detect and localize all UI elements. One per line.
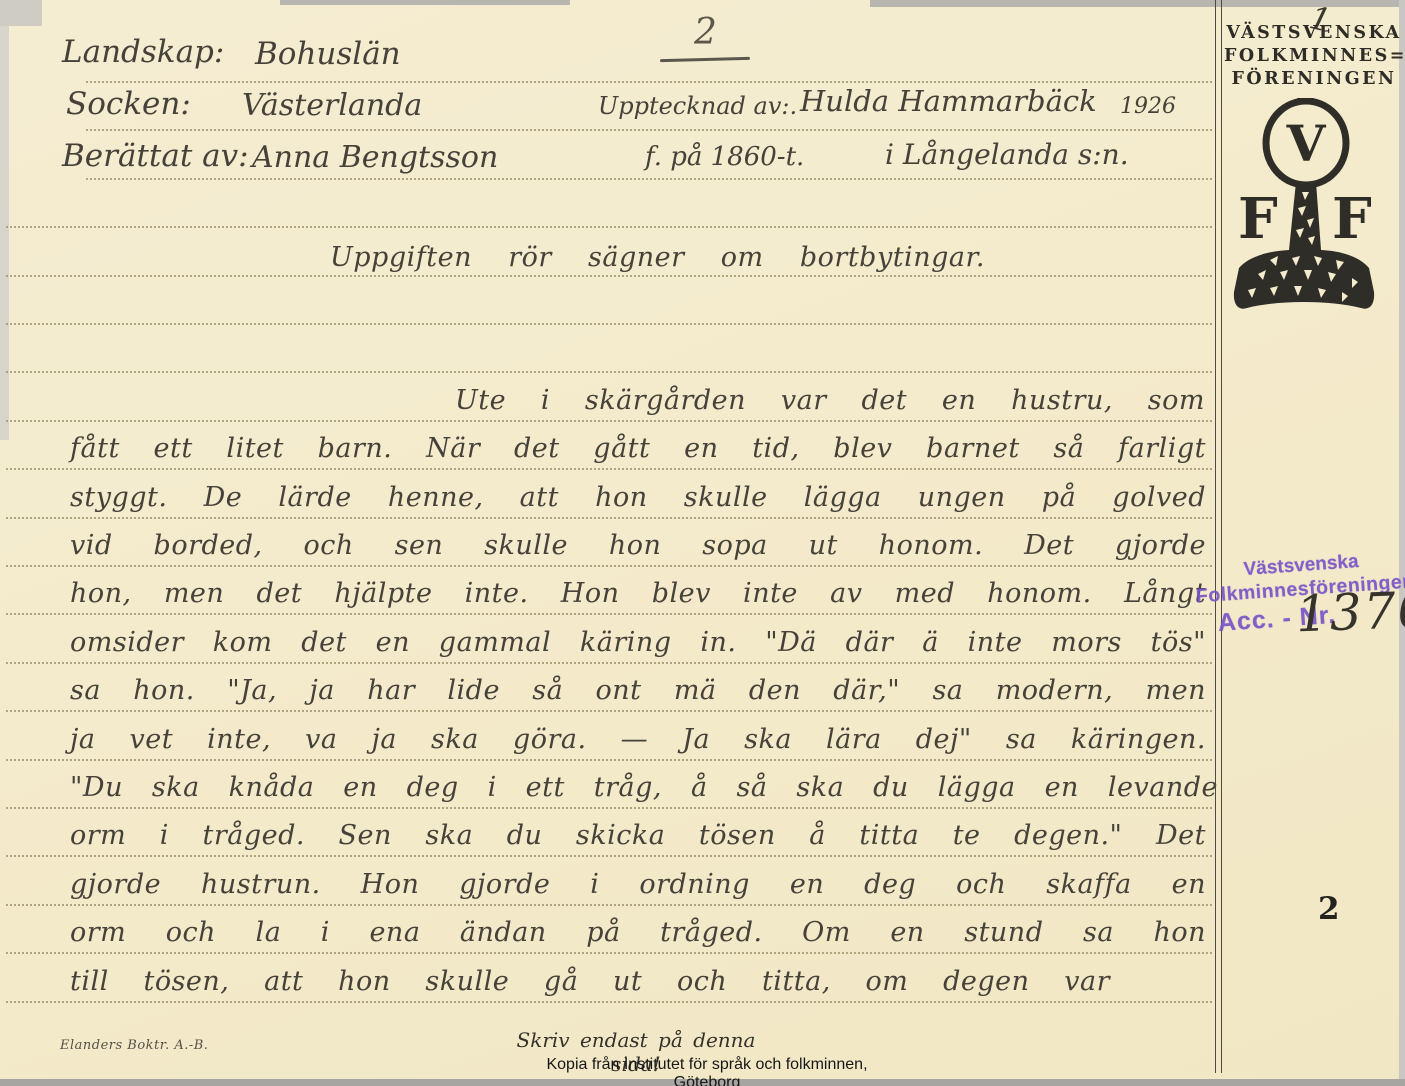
berattat-value: Anna Bengtsson [252,140,498,175]
logo-letter-f-right: F [1332,186,1372,252]
scan-edge-right [1399,0,1405,1086]
body-line: ja vet inte, va ja ska göra. — Ja ska lä… [70,719,1206,765]
archive-copy-caption: Kopia från Institutet för språk och folk… [512,1056,902,1086]
body-line: orm i tråged. Sen ska du skicka tösen å … [70,815,1206,861]
body-line: orm och la i ena ändan på tråged. Om en … [70,912,1206,958]
upptecknad-year: 1926 [1120,94,1176,119]
body-line: till tösen, att hon skulle gå ut och tit… [70,961,1110,1007]
body-line: Ute i skärgården var det en hustru, som [455,380,1205,426]
body-line: "Du ska knåda en deg i ett tråg, å så sk… [70,767,1218,813]
upptecknad-label: Upptecknad av:. [598,92,797,120]
berattat-label: Berättat av: [62,138,249,174]
logo-letter-f-left: F [1238,186,1278,252]
body-line: omsider kom det en gammal käring in. "Dä… [70,622,1206,668]
socken-label: Socken: [66,86,191,122]
accession-number-handwritten: 1370 [1295,581,1405,644]
body-line: styggt. De lärde henne, att hon skulle l… [70,477,1206,523]
body-line: fått ett litet barn. När det gått en tid… [70,428,1206,474]
printer-imprint: Elanders Boktr. A.-B. [60,1038,208,1053]
ruled-line [86,129,1212,131]
body-line: sa hon. "Ja, ja har lide så ont mä den d… [70,670,1206,716]
body-line: hon, men det hjälpte inte. Hon blev inte… [70,573,1206,619]
informant-born: f. på 1860-t. [645,142,804,172]
body-line: vid borded, och sen skulle hon sopa ut h… [70,525,1206,571]
scan-edge-left [0,0,9,440]
ruled-line [6,371,1212,373]
informant-parish: i Långelanda s:n. [885,138,1129,171]
page-number-underline [660,57,750,62]
upptecknad-value: Hulda Hammarbäck [800,84,1097,118]
document-page: 2 Landskap: Bohuslän Socken: Västerlanda… [0,0,1405,1086]
margin-page-number: 2 [1318,891,1340,927]
scan-edge-top-a [280,0,570,5]
landskap-value: Bohuslän [255,36,401,72]
organization-name-line3: FÖRENINGEN [1224,68,1404,91]
ruled-line [6,226,1212,228]
thors-hammer-logo: V F F [1230,98,1378,320]
record-title: Uppgiften rör sägner om bortbytingar. [330,237,985,283]
margin-divider-line [1215,0,1222,1073]
page-number-top: 2 [694,12,717,53]
organization-name-line1: VÄSTSVENSKA [1224,22,1404,45]
ruled-line [86,81,1212,83]
ruled-line [6,323,1212,325]
socken-value: Västerlanda [242,88,422,123]
ruled-line [86,178,1212,180]
landskap-label: Landskap: [62,34,224,70]
organization-name-line2: FOLKMINNES= [1224,45,1404,68]
scan-edge-top-left-corner [0,0,42,26]
logo-letter-v: V [1286,114,1327,173]
body-line: gjorde hustrun. Hon gjorde i ordning en … [70,864,1206,910]
